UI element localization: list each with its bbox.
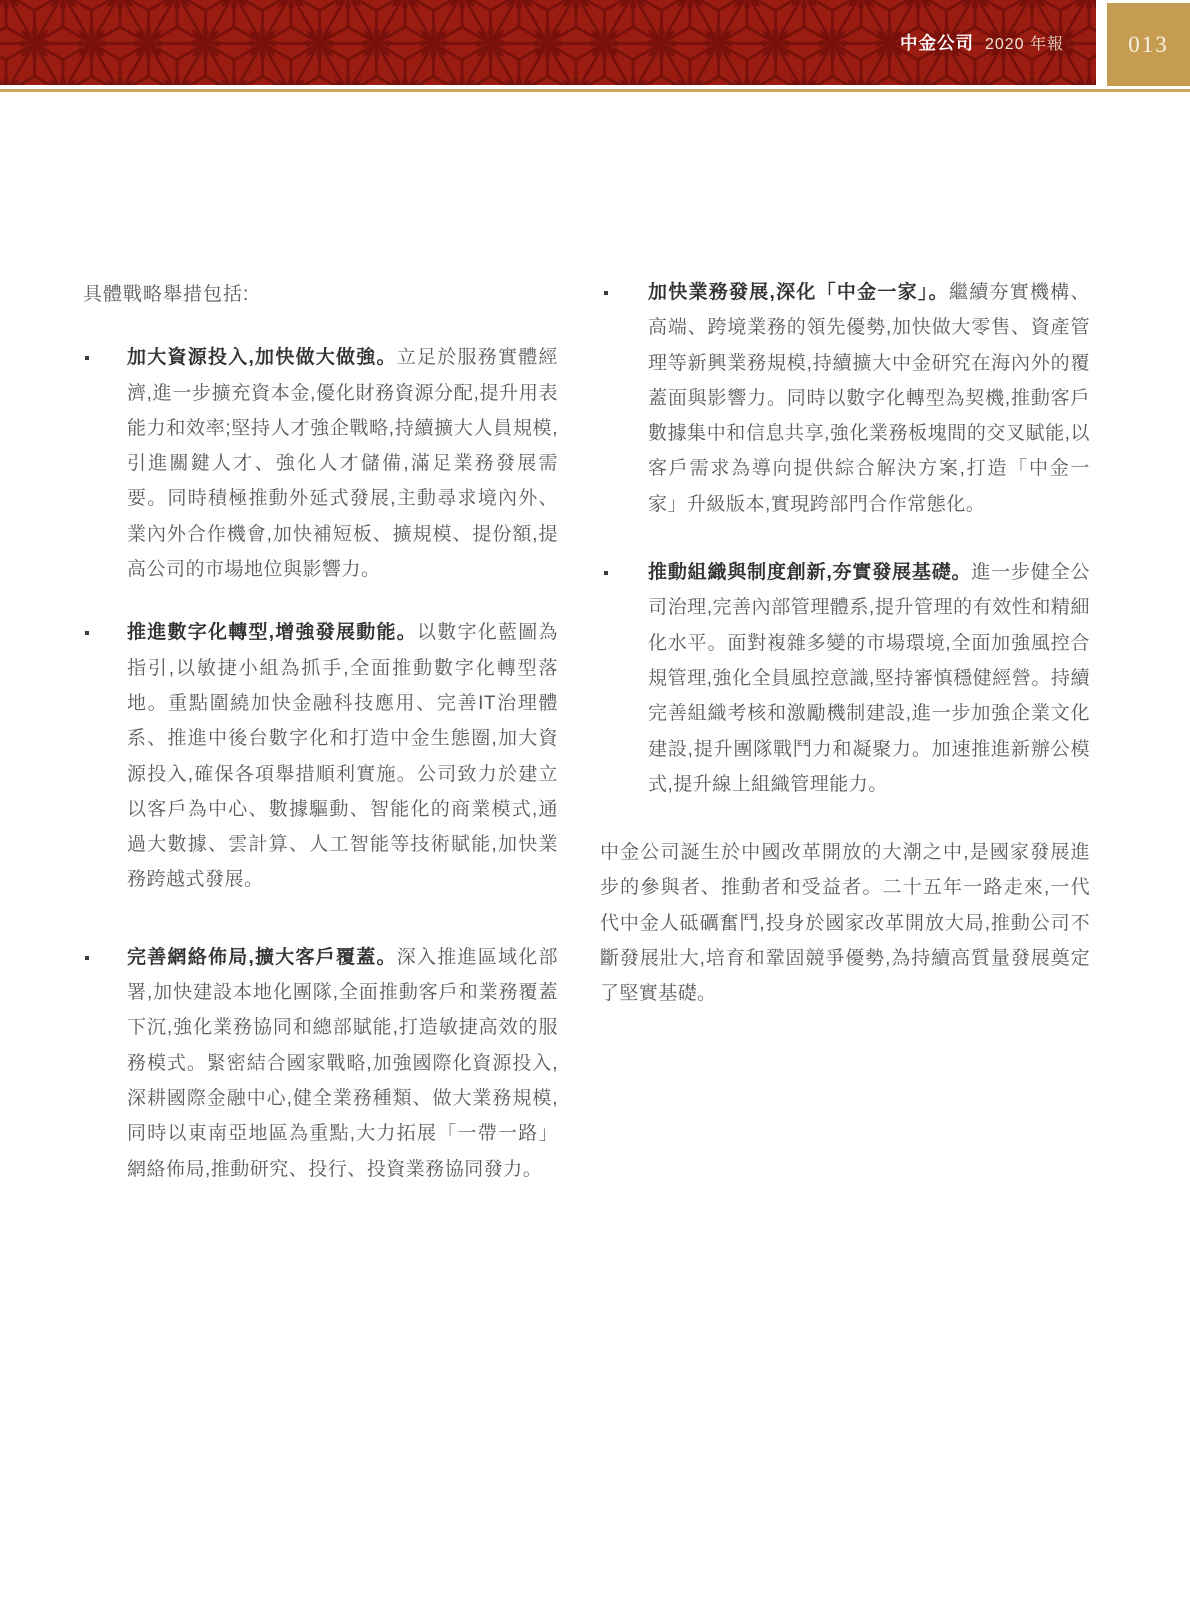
header-pattern-band: 中金公司 2020 年報: [0, 0, 1096, 85]
list-item: 加大資源投入,加快做大做強。立足於服務實體經濟,進一步擴充資本金,優化財務資源分…: [83, 340, 558, 587]
bullet-dot-icon: [604, 571, 608, 575]
closing-paragraph: 中金公司誕生於中國改革開放的大潮之中,是國家發展進步的參與者、推動者和受益者。二…: [600, 835, 1090, 1011]
header-brand: 中金公司 2020 年報: [900, 0, 1064, 85]
list-item: 加快業務發展,深化「中金一家」。繼續夯實機構、高端、跨境業務的領先優勢,加快做大…: [600, 275, 1090, 522]
bullet-dot-icon: [85, 631, 89, 635]
bullet-text: 加大資源投入,加快做大做強。立足於服務實體經濟,進一步擴充資本金,優化財務資源分…: [127, 340, 558, 587]
bullet-lead: 完善網絡佈局,擴大客戶覆蓋。: [127, 947, 397, 968]
intro-line: 具體戰略舉措包括:: [83, 277, 558, 312]
bullet-lead: 加快業務發展,深化「中金一家」。: [648, 282, 949, 303]
bullet-body: 立足於服務實體經濟,進一步擴充資本金,優化財務資源分配,提升用表能力和效率;堅持…: [127, 347, 558, 580]
bullet-lead: 推進數字化轉型,增強發展動能。: [127, 622, 417, 643]
bullet-cell: [83, 940, 127, 960]
list-item: 推進數字化轉型,增強發展動能。以數字化藍圖為指引,以敏捷小組為抓手,全面推動數字…: [83, 615, 558, 897]
bullet-cell: [600, 555, 648, 575]
list-item: 完善網絡佈局,擴大客戶覆蓋。深入推進區域化部署,加快建設本地化團隊,全面推動客戶…: [83, 940, 558, 1187]
page-number-box: 013: [1107, 3, 1190, 86]
bullet-body: 繼續夯實機構、高端、跨境業務的領先優勢,加快做大零售、資產管理等新興業務規模,持…: [648, 282, 1090, 515]
right-column: 加快業務發展,深化「中金一家」。繼續夯實機構、高端、跨境業務的領先優勢,加快做大…: [600, 275, 1090, 1012]
list-item: 推動組織與制度創新,夯實發展基礎。進一步健全公司治理,完善內部管理體系,提升管理…: [600, 555, 1090, 802]
bullet-body: 深入推進區域化部署,加快建設本地化團隊,全面推動客戶和業務覆蓋下沉,強化業務協同…: [127, 947, 558, 1180]
gold-rule-divider: [0, 89, 1190, 92]
report-page: 中金公司 2020 年報 013 具體戰略舉措包括: 加大資源投入,加快做大做強…: [0, 0, 1190, 1615]
bullet-lead: 加大資源投入,加快做大做強。: [127, 347, 397, 368]
bullet-dot-icon: [604, 291, 608, 295]
bullet-lead: 推動組織與制度創新,夯實發展基礎。: [648, 562, 971, 583]
brand-year: 2020 年報: [985, 31, 1064, 54]
bullet-text: 加快業務發展,深化「中金一家」。繼續夯實機構、高端、跨境業務的領先優勢,加快做大…: [648, 275, 1090, 522]
brand-name: 中金公司: [900, 30, 974, 55]
bullet-cell: [600, 275, 648, 295]
bullet-body: 以數字化藍圖為指引,以敏捷小組為抓手,全面推動數字化轉型落地。重點圍繞加快金融科…: [127, 622, 558, 890]
bullet-cell: [83, 615, 127, 635]
bullet-dot-icon: [85, 356, 89, 360]
left-column: 具體戰略舉措包括: 加大資源投入,加快做大做強。立足於服務實體經濟,進一步擴充資…: [83, 277, 558, 1187]
page-number: 013: [1128, 32, 1169, 58]
bullet-text: 完善網絡佈局,擴大客戶覆蓋。深入推進區域化部署,加快建設本地化團隊,全面推動客戶…: [127, 940, 558, 1187]
bullet-text: 推進數字化轉型,增強發展動能。以數字化藍圖為指引,以敏捷小組為抓手,全面推動數字…: [127, 615, 558, 897]
bullet-dot-icon: [85, 956, 89, 960]
bullet-cell: [83, 340, 127, 360]
bullet-text: 推動組織與制度創新,夯實發展基礎。進一步健全公司治理,完善內部管理體系,提升管理…: [648, 555, 1090, 802]
bullet-body: 進一步健全公司治理,完善內部管理體系,提升管理的有效性和精細化水平。面對複雜多變…: [648, 562, 1090, 795]
